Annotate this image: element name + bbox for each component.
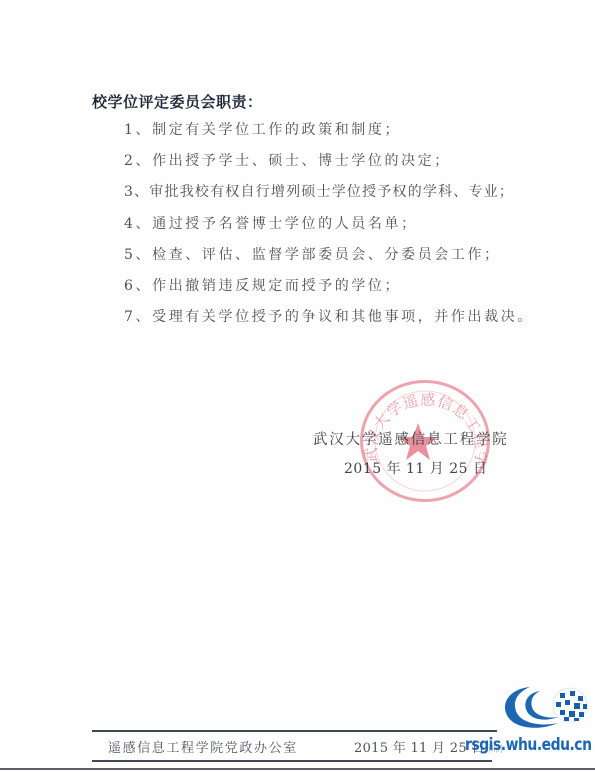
footer-divider-top: [92, 730, 497, 732]
document-page: 校学位评定委员会职责： 1、制定有关学位工作的政策和制度； 2、作出授予学士、硕…: [0, 0, 595, 772]
footer-divider-bottom: [92, 760, 492, 762]
footer-office: 遥感信息工程学院党政办公室: [108, 737, 298, 756]
list-item: 4、通过授予名誉博士学位的人员名单；: [124, 214, 534, 245]
page-bottom-bar: [0, 768, 595, 770]
signature-date: 2015 年 11 月 25 日: [344, 458, 488, 478]
list-item: 6、作出撤销违反规定而授予的学位；: [124, 276, 534, 307]
duty-list: 1、制定有关学位工作的政策和制度； 2、作出授予学士、硕士、博士学位的决定； 3…: [124, 120, 534, 338]
list-item: 1、制定有关学位工作的政策和制度；: [124, 120, 534, 151]
list-item: 3、审批我校有权自行增列硕士学位授予权的学科、专业；: [124, 182, 534, 213]
list-item: 2、作出授予学士、硕士、博士学位的决定；: [124, 151, 534, 182]
list-item: 7、受理有关学位授予的争议和其他事项，并作出裁决。: [124, 307, 534, 338]
page-title: 校学位评定委员会职责：: [92, 91, 263, 112]
list-item: 5、检查、评估、监督学部委员会、分委员会工作；: [124, 245, 534, 276]
rsgis-globe-logo-icon: [500, 683, 592, 731]
watermark-url: rsgis.whu.edu.cn: [465, 735, 592, 755]
signature-organization: 武汉大学遥感信息工程学院: [313, 428, 509, 449]
